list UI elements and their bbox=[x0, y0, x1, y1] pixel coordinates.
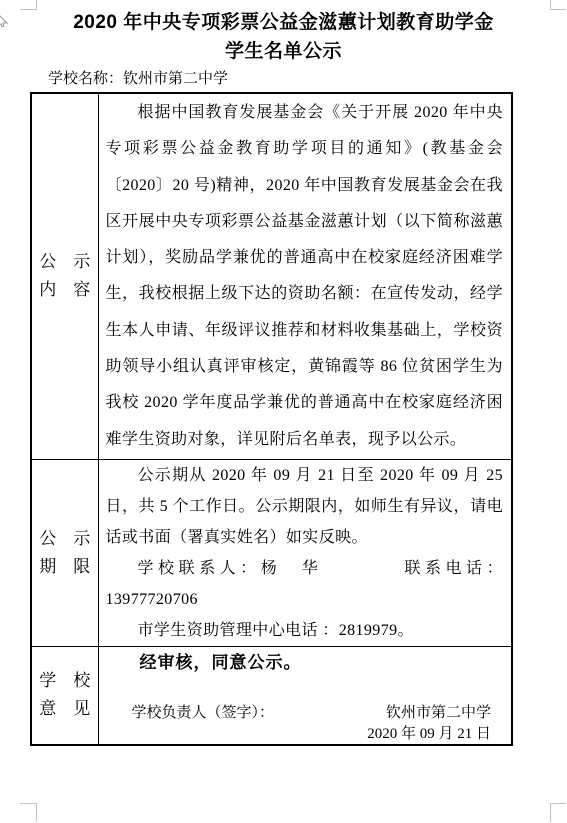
opinion-row-label-cell: 学 校 意 见 bbox=[31, 646, 98, 745]
document-page: 2020 年中央专项彩票公益金滋蕙计划教育助学金 学生名单公示 学校名称：钦州市… bbox=[0, 0, 567, 823]
approval-statement: 经审核，同意公示。 bbox=[99, 647, 512, 676]
page-title: 2020 年中央专项彩票公益金滋蕙计划教育助学金 学生名单公示 bbox=[0, 0, 567, 66]
signature-label: 学校负责人（签字）： bbox=[132, 702, 275, 724]
mouse-cursor-icon bbox=[0, 15, 8, 27]
notice-table: 公 示 内 容 根据中国教育发展基金会《关于开展 2020 年中央专项彩票公益金… bbox=[30, 92, 513, 746]
label-line-2: 内 容 bbox=[32, 276, 98, 304]
period-row-body-cell: 公示期从 2020 年 09 月 21 日至 2020 年 09 月 25 日，… bbox=[98, 459, 512, 646]
signature-row: 学校负责人（签字）： 钦州市第二中学 bbox=[99, 702, 512, 724]
title-line-2: 学生名单公示 bbox=[0, 37, 567, 66]
opinion-row-body-cell: 经审核，同意公示。 学校负责人（签字）： 钦州市第二中学 2020 年 09 月… bbox=[98, 646, 512, 745]
crop-mark-top-right-icon bbox=[550, 0, 566, 10]
signature-date: 2020 年 09 月 21 日 bbox=[99, 724, 512, 744]
table-row-opinion: 学 校 意 见 经审核，同意公示。 学校负责人（签字）： 钦州市第二中学 202… bbox=[31, 646, 512, 745]
school-signature: 钦州市第二中学 bbox=[386, 702, 491, 724]
label-line-1: 公 示 bbox=[32, 525, 98, 553]
label-line-1: 学 校 bbox=[32, 667, 98, 695]
crop-mark-top-left-icon bbox=[20, 0, 37, 10]
label-line-2: 意 见 bbox=[32, 695, 98, 723]
crop-mark-bottom-left-icon bbox=[20, 803, 37, 822]
table-row-content: 公 示 内 容 根据中国教育发展基金会《关于开展 2020 年中央专项彩票公益金… bbox=[31, 93, 512, 459]
label-line-1: 公 示 bbox=[32, 248, 98, 276]
publicity-period-paragraph: 公示期从 2020 年 09 月 21 日至 2020 年 09 月 25 日，… bbox=[99, 460, 512, 553]
table-row-period: 公 示 期 限 公示期从 2020 年 09 月 21 日至 2020 年 09… bbox=[31, 459, 512, 646]
label-line-2: 期 限 bbox=[32, 553, 98, 581]
school-name-line: 学校名称：钦州市第二中学 bbox=[48, 68, 567, 90]
period-row-label-cell: 公 示 期 限 bbox=[31, 459, 98, 646]
crop-mark-bottom-right-icon bbox=[550, 803, 566, 822]
content-row-body-cell: 根据中国教育发展基金会《关于开展 2020 年中央专项彩票公益金教育助学项目的通… bbox=[98, 93, 512, 459]
school-contact-line: 学校联系人：杨 华 联系电话：13977720706 bbox=[99, 553, 512, 615]
title-line-1: 2020 年中央专项彩票公益金滋蕙计划教育助学金 bbox=[0, 8, 567, 37]
publicity-content-paragraph: 根据中国教育发展基金会《关于开展 2020 年中央专项彩票公益金教育助学项目的通… bbox=[99, 94, 512, 458]
content-row-label-cell: 公 示 内 容 bbox=[31, 93, 98, 459]
aid-center-phone-line: 市学生资助管理中心电话 ：2819979。 bbox=[99, 615, 512, 646]
